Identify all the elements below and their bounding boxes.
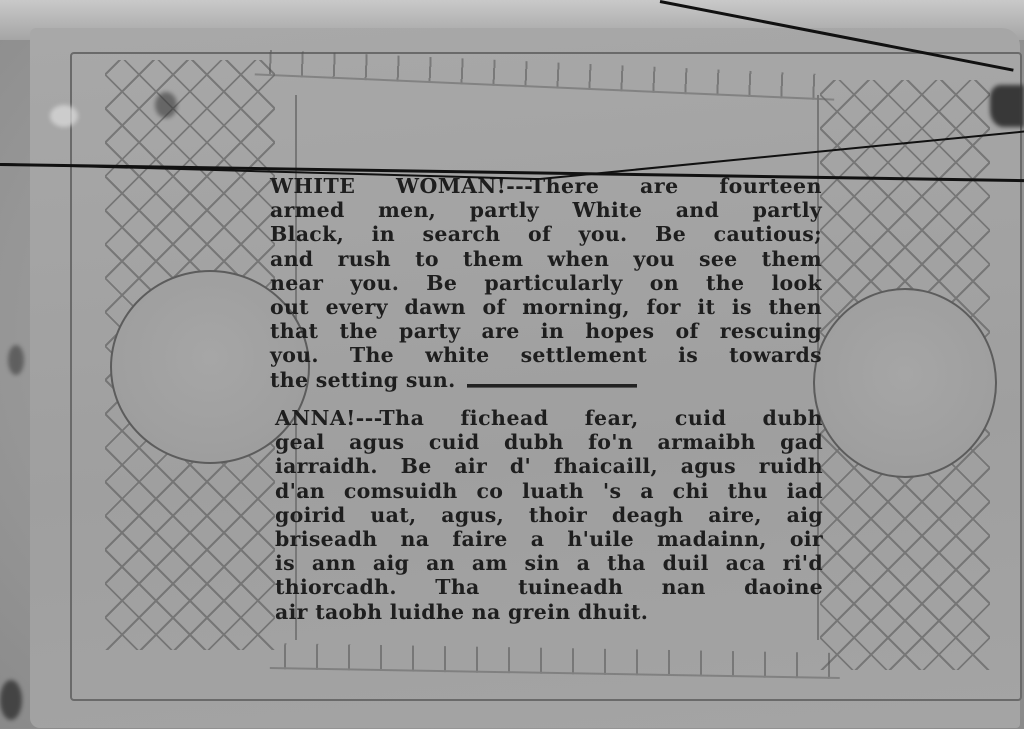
tear-hole <box>50 105 78 127</box>
stain <box>8 345 24 375</box>
gaelic-line: briseadh na faire a h'uile madainn, oir <box>275 527 823 551</box>
english-notice: WHITE WOMAN!---There are fourteen armed … <box>270 174 822 392</box>
gaelic-notice: ANNA!---Tha fichead fear, cuid dubh geal… <box>275 406 823 624</box>
gaelic-line: ANNA!---Tha fichead fear, cuid dubh <box>275 406 823 430</box>
gaelic-line: air taobh luidhe na grein dhuit. <box>275 600 823 624</box>
english-line: near you. Be particularly on the look <box>270 271 822 295</box>
english-line: armed men, partly White and partly <box>270 198 822 222</box>
gaelic-line: geal agus cuid dubh fo'n armaibh gad <box>275 430 823 454</box>
stain <box>155 92 177 118</box>
english-line: that the party are in hopes of rescuing <box>270 319 822 343</box>
separator-rule <box>467 384 637 388</box>
english-line: the setting sun. <box>270 368 822 392</box>
english-line: out every dawn of morning, for it is the… <box>270 295 822 319</box>
gaelic-line: thiorcadh. Tha tuineadh nan daoine <box>275 575 823 599</box>
english-line: and rush to them when you see them <box>270 247 822 271</box>
english-line: Black, in search of you. Be cautious; <box>270 222 822 246</box>
gaelic-line: iarraidh. Be air d' fhaicaill, agus ruid… <box>275 454 823 478</box>
medallion-right <box>813 288 997 478</box>
gaelic-line: is ann aig an am sin a tha duil aca ri'd <box>275 551 823 575</box>
stain <box>0 680 22 720</box>
dark-object <box>990 85 1024 127</box>
gaelic-line: d'an comsuidh co luath 's a chi thu iad <box>275 479 823 503</box>
gaelic-line: goirid uat, agus, thoir deagh aire, aig <box>275 503 823 527</box>
english-line: you. The white settlement is towards <box>270 343 822 367</box>
